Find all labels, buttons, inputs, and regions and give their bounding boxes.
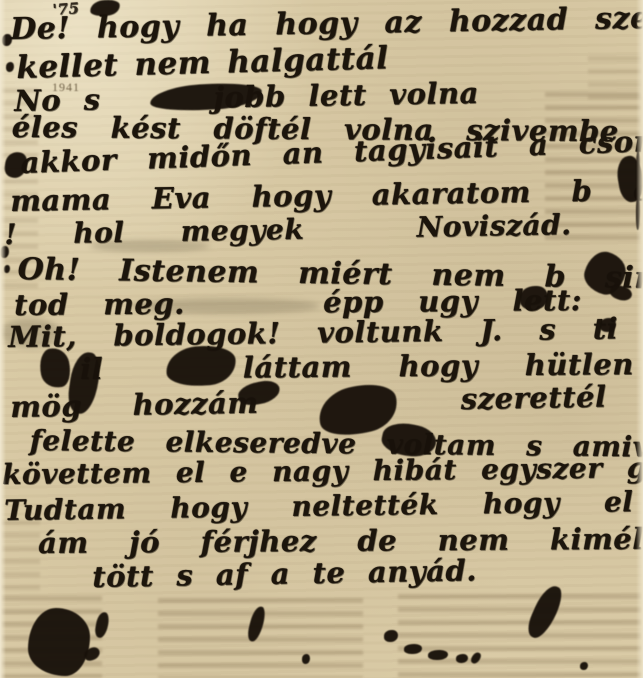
handwriting-line: követtem el e nagy hibát egyszer győzt [2, 451, 643, 491]
print-bleedthrough [398, 594, 643, 678]
ink-blot [384, 630, 398, 642]
handwriting-line: Tudtam hogy neltették hogy el [4, 485, 634, 527]
print-bleedthrough [0, 520, 40, 590]
ink-blot [6, 62, 14, 72]
page-edge [0, 0, 6, 678]
handwriting-line: tött s af a te anyád. [92, 553, 477, 594]
print-bleedthrough [588, 56, 643, 102]
handwriting-line: ám jó férjhez de nem kimélte [38, 522, 643, 560]
manuscript-page: 1941 '75 De! hogy ha hogy az hozzad szen… [0, 0, 643, 678]
page-edge [636, 0, 643, 678]
ink-blot [28, 608, 90, 676]
